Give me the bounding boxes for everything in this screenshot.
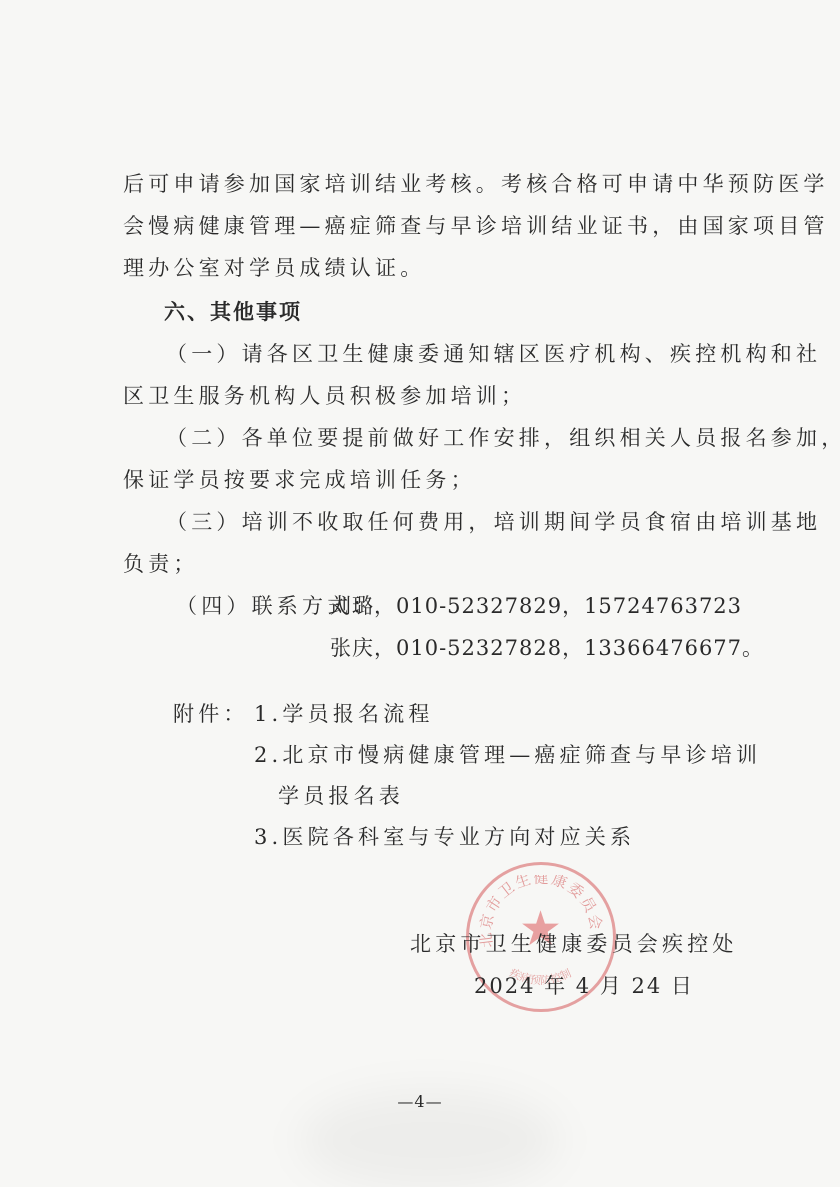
intro-line-2: 会慢病健康管理—癌症筛查与早诊培训结业证书，由国家项目管	[123, 212, 829, 240]
item-1-line-2: 区卫生服务机构人员积极参加培训；	[123, 382, 526, 410]
page-number: —4—	[0, 1092, 840, 1111]
item-3-line-2: 负责；	[123, 550, 199, 578]
attachment-2-cont: 学员报名表	[278, 782, 404, 810]
signature-date: 2024 年 4 月 24 日	[474, 972, 694, 1000]
intro-line-1: 后可申请参加国家培训结业考核。考核合格可申请中华预防医学	[123, 170, 829, 198]
attachment-2: 2.北京市慢病健康管理—癌症筛查与早诊培训	[254, 741, 761, 769]
contact-person-1: 刘璐，010-52327829，15724763723	[330, 592, 742, 620]
attachments-label: 附件：	[173, 700, 249, 728]
contact-person-2: 张庆，010-52327828，13366476677。	[330, 634, 764, 662]
document-page: 后可申请参加国家培训结业考核。考核合格可申请中华预防医学 会慢病健康管理—癌症筛…	[0, 0, 840, 1187]
attachment-3: 3.医院各科室与专业方向对应关系	[254, 823, 635, 851]
intro-line-3: 理办公室对学员成绩认证。	[123, 254, 425, 282]
item-1-line-1: （一）请各区卫生健康委通知辖区医疗机构、疾控机构和社	[166, 340, 821, 368]
section-heading: 六、其他事项	[164, 298, 302, 326]
attachment-1: 1.学员报名流程	[254, 700, 434, 728]
item-2-line-2: 保证学员按要求完成培训任务；	[123, 466, 476, 494]
item-2-line-1: （二）各单位要提前做好工作安排，组织相关人员报名参加，	[166, 424, 840, 452]
item-3-line-1: （三）培训不收取任何费用，培训期间学员食宿由培训基地	[166, 508, 821, 536]
signature-organization: 北京市卫生健康委员会疾控处	[410, 930, 738, 958]
